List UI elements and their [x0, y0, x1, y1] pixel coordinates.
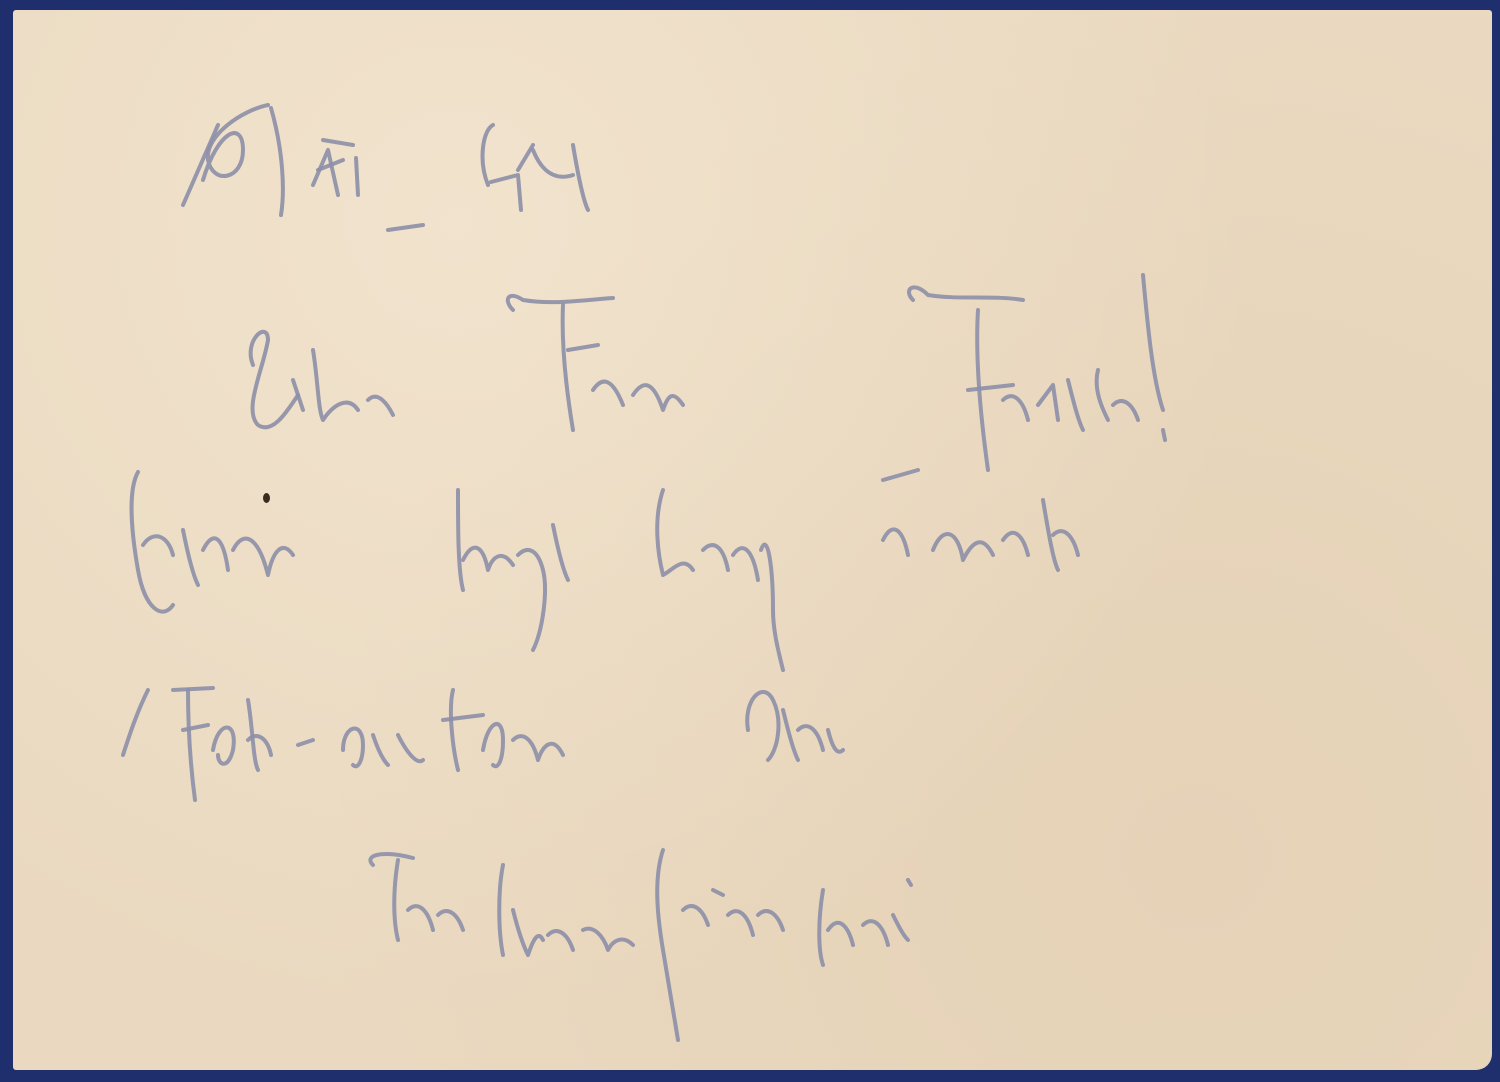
body-line-1 [132, 472, 1078, 670]
salutation-line [251, 275, 1165, 480]
postcard: 10/XI 44 Liebe Frau Franke! Einen herzl.… [13, 10, 1492, 1070]
body-line-2 [123, 688, 843, 800]
signature-line [370, 850, 911, 1040]
date-line [183, 105, 588, 230]
handwriting [13, 10, 1492, 1070]
